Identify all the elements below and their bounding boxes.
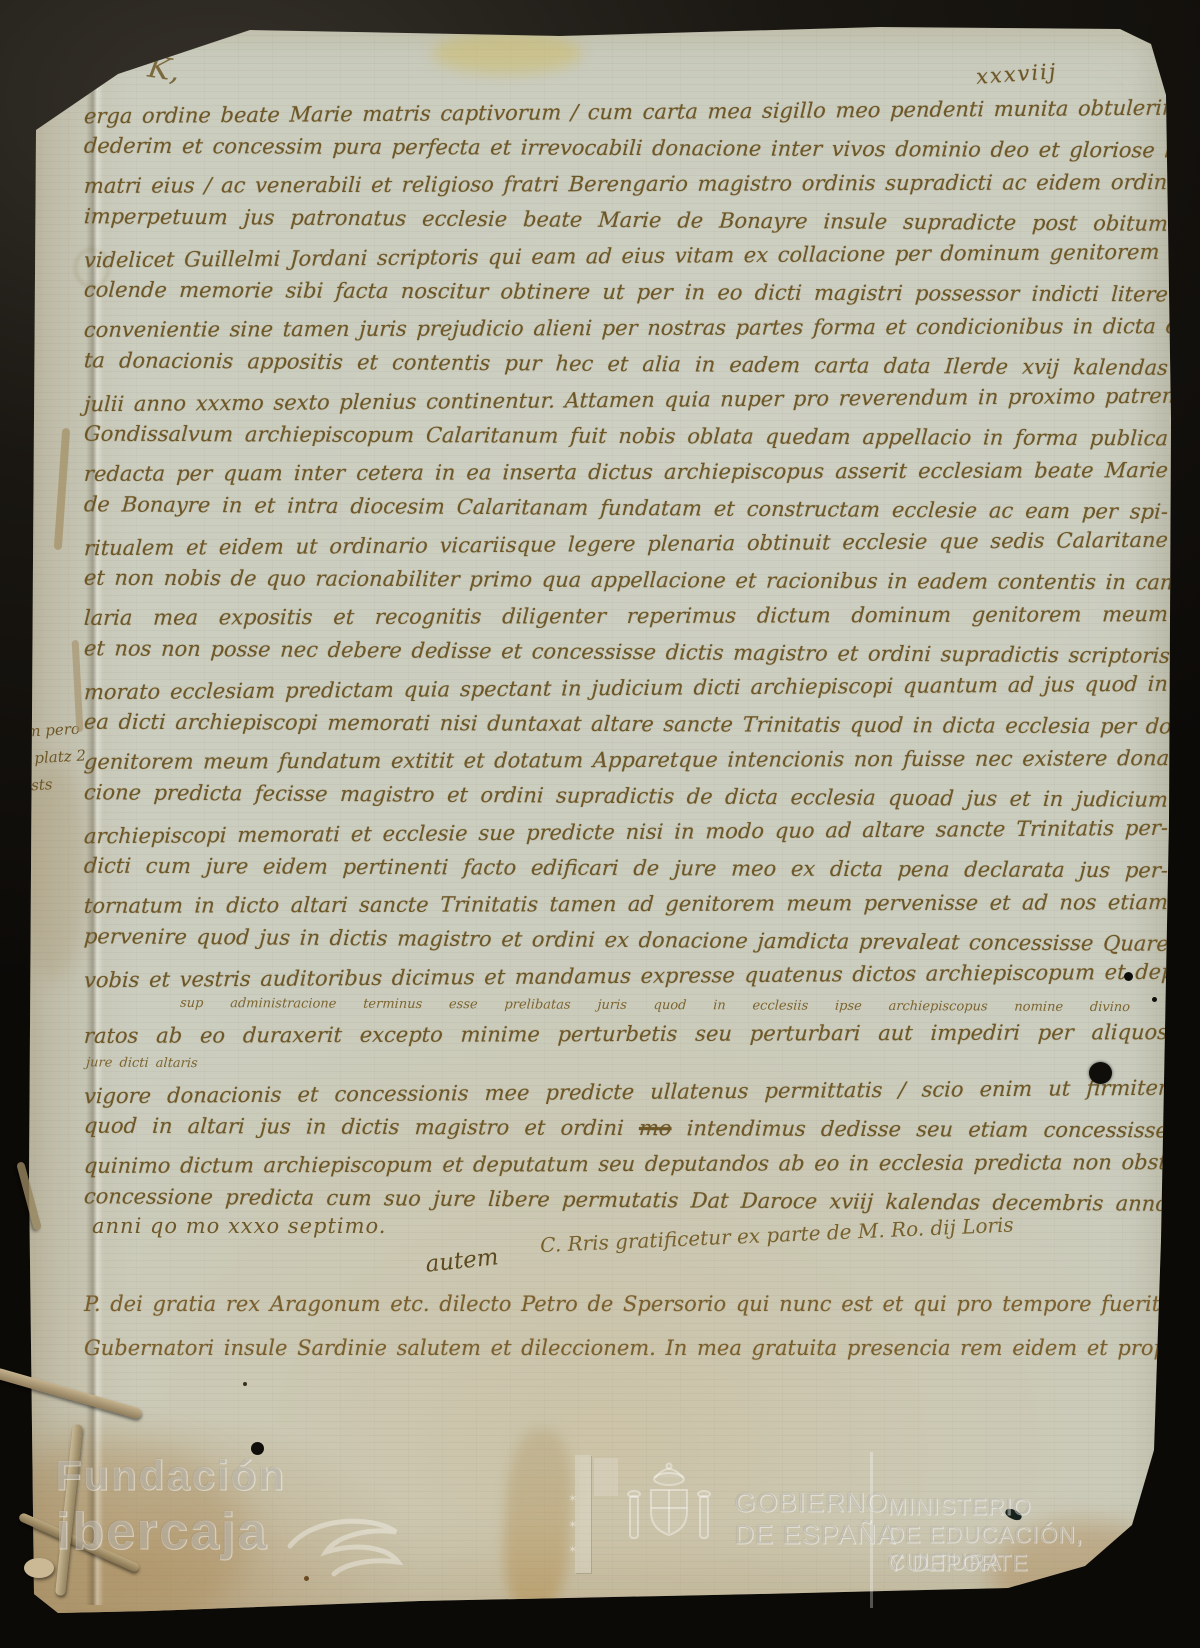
flag-box [594, 1458, 618, 1496]
manuscript-line: cione predicta fecisse magistro et ordin… [83, 780, 1168, 812]
postscript-line: Gubernatori insule Sardinie salutem et d… [84, 1336, 974, 1360]
manuscript-line: redacta per quam inter cetera in ea inse… [83, 458, 1168, 486]
ibercaja-logo-icon [284, 1512, 408, 1578]
wormhole [1124, 972, 1133, 981]
manuscript-line: laria mea expositis et recognitis dilige… [83, 602, 1168, 630]
ministerio-wordmark: Y DEPORTE [888, 1550, 1029, 1577]
manuscript-line: Gondissalvum archiepiscopum Calaritanum … [83, 422, 1168, 451]
manuscript-line: tornatum in dicto altari sancte Trinitat… [83, 890, 1168, 918]
manuscript-line: vigore donacionis et concessionis mee pr… [83, 1076, 1168, 1109]
manuscript-line: convenientie sine tamen juris prejudicio… [83, 314, 1168, 342]
ibercaja-wordmark: Fundación [56, 1452, 286, 1500]
manuscript-line: de Bonayre in et intra diocesim Calarita… [83, 492, 1168, 524]
star-icon: ✶ [568, 1492, 577, 1505]
manuscript-line: archiepiscopi memorati et ecclesie sue p… [83, 816, 1168, 849]
manuscript-line: videlicet Guillelmi Jordani scriptoris q… [83, 240, 1168, 273]
manuscript-line: erga ordine beate Marie matris captivoru… [83, 96, 1168, 129]
star-icon: ✶ [568, 1543, 577, 1556]
manuscript-line: ea dicti archiepiscopi memorati nisi dun… [83, 710, 1168, 739]
manuscript-line: genitorem meum fundatum extitit et dotat… [83, 746, 1168, 774]
manuscript-line: dicti cum jure eidem pertinenti facto ed… [83, 854, 1168, 883]
wormhole [1089, 1062, 1112, 1084]
postscript-line: P. dei gratia rex Aragonum etc. dilecto … [84, 1292, 1084, 1316]
manuscript-line: quod in altari jus in dictis magistro et… [83, 1114, 1168, 1143]
thread-knot [24, 1558, 54, 1578]
ink-speck [243, 1382, 247, 1386]
manuscript-line: jure dicti altaris [85, 1051, 256, 1076]
ministerio-wordmark: MINISTERIO [888, 1494, 1032, 1521]
manuscript-line: ritualem et eidem ut ordinario vicariisq… [83, 528, 1168, 561]
manuscript-line: colende memorie sibi facta noscitur obti… [83, 278, 1168, 307]
closing-date: anni qo mo xxxo septimo. [92, 1214, 386, 1238]
manuscript-line: concessione predicta cum suo jure libere… [83, 1184, 1168, 1216]
ibercaja-wordmark: ibercaja [56, 1502, 269, 1562]
manuscript-line: julii anno xxxmo sexto plenius continent… [83, 384, 1168, 417]
gobierno-wordmark: GOBIERNO [735, 1488, 889, 1519]
manuscript-text: erga ordine beate Marie matris captivoru… [0, 0, 1200, 1648]
spain-coat-of-arms-icon [618, 1462, 720, 1574]
manuscript-line: ta donacionis appositis et contentis pur… [83, 348, 1168, 380]
manuscript-line: et nos non posse nec debere dedisse et c… [83, 636, 1168, 668]
manuscript-line: matri eius / ac venerabili et religioso … [83, 170, 1168, 198]
flag-bar [575, 1455, 591, 1573]
watermark-separator [870, 1452, 873, 1608]
manuscript-line: quinimo dictum archiepiscopum et deputat… [83, 1150, 1168, 1178]
manuscript-line: dederim et concessim pura perfecta et ir… [83, 134, 1168, 163]
wormhole [1152, 997, 1157, 1002]
manuscript-page: xxxviij K, sm peroq platz 2psts erga ord… [0, 0, 1200, 1648]
manuscript-line: ratos ab eo duraxerit excepto minime per… [83, 1020, 1168, 1048]
manuscript-line: pervenire quod jus in dictis magistro et… [83, 924, 1168, 956]
manuscript-photo: xxxviij K, sm peroq platz 2psts erga ord… [0, 0, 1200, 1648]
manuscript-line: morato ecclesiam predictam quia spectant… [83, 672, 1168, 705]
star-icon: ✶ [568, 1518, 577, 1531]
manuscript-line: sup administracione terminus esse prelib… [179, 992, 1130, 1020]
manuscript-line: et non nobis de quo racionabiliter primo… [83, 566, 1168, 595]
manuscript-line: imperpetuum jus patronatus ecclesie beat… [83, 204, 1168, 236]
manuscript-line: vobis et vestris auditoribus dicimus et … [83, 960, 1168, 993]
